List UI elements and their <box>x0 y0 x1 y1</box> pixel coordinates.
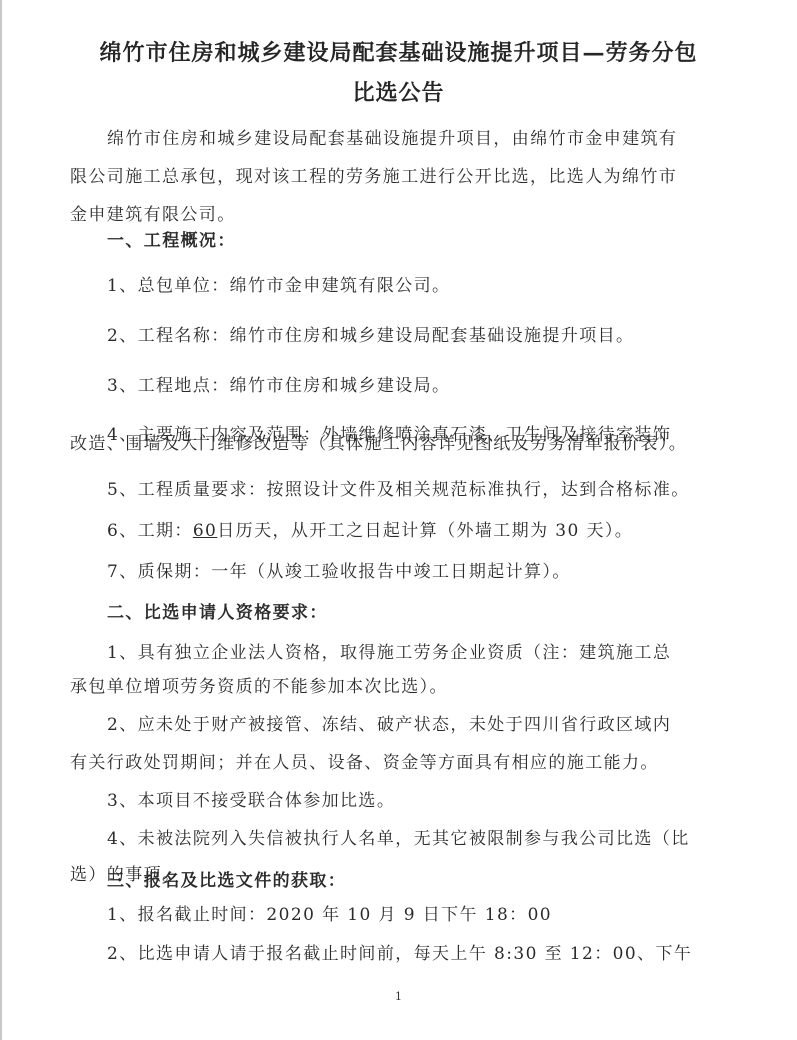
section3-line-1: 1、报名截止时间：2020 年 10 月 9 日下午 18：00 <box>107 900 552 925</box>
section1-item-2: 2、工程名称：绵竹市住房和城乡建设局配套基础设施提升项目。 <box>107 321 634 346</box>
section1-item-5: 5、工程质量要求：按照设计文件及相关规范标准执行，达到合格标准。 <box>107 475 690 500</box>
section3-heading: 三、报名及比选文件的获取： <box>107 866 346 891</box>
section1-item-7: 7、质保期：一年（从竣工验收报告中竣工日期起计算）。 <box>107 557 571 582</box>
section3-line-2: 2、比选申请人请于报名截止时间前，每天上午 8:30 至 12：00、下午 <box>107 939 692 964</box>
intro-line-2: 限公司施工总承包，现对该工程的劳务施工进行公开比选，比选人为绵竹市 <box>70 162 677 187</box>
document-title-line1: 绵竹市住房和城乡建设局配套基础设施提升项目—劳务分包 <box>0 36 797 67</box>
intro-line-3: 金申建筑有限公司。 <box>70 200 236 225</box>
page-number: 1 <box>0 990 797 1003</box>
section2-line-3: 2、应未处于财产被接管、冻结、破产状态，未处于四川省行政区域内 <box>107 710 671 735</box>
section2-heading: 二、比选申请人资格要求： <box>107 598 328 623</box>
section1-item-4-line2: 改造、围墙及大门维修改造等（具体施工内容详见图纸及劳务清单报价表）。 <box>70 429 687 454</box>
document-page: 绵竹市住房和城乡建设局配套基础设施提升项目—劳务分包 比选公告 绵竹市住房和城乡… <box>0 0 797 1040</box>
section1-item-1: 1、总包单位：绵竹市金申建筑有限公司。 <box>107 271 450 296</box>
section1-heading: 一、工程概况： <box>107 226 236 251</box>
document-title-line2: 比选公告 <box>0 76 797 107</box>
section2-line-4: 有关行政处罚期间；并在人员、设备、资金等方面具有相应的施工能力。 <box>70 748 659 773</box>
section2-line-2: 承包单位增项劳务资质的不能参加本次比选）。 <box>70 672 448 697</box>
section1-item-3: 3、工程地点：绵竹市住房和城乡建设局。 <box>107 371 450 396</box>
section1-item-6: 6、工期：60日历天，从开工之日起计算（外墙工期为 30 天）。 <box>107 516 633 541</box>
item6-days: 60 <box>193 521 217 541</box>
section2-line-1: 1、具有独立企业法人资格，取得施工劳务企业资质（注：建筑施工总 <box>107 638 671 663</box>
intro-line-1: 绵竹市住房和城乡建设局配套基础设施提升项目，由绵竹市金申建筑有 <box>107 124 677 149</box>
section2-line-6: 4、未被法院列入失信被执行人名单，无其它被限制参与我公司比选（比 <box>107 824 690 849</box>
item6-prefix: 6、工期： <box>107 521 193 541</box>
item6-suffix: 日历天，从开工之日起计算（外墙工期为 30 天）。 <box>217 521 633 541</box>
section2-line-5: 3、本项目不接受联合体参加比选。 <box>107 786 395 811</box>
